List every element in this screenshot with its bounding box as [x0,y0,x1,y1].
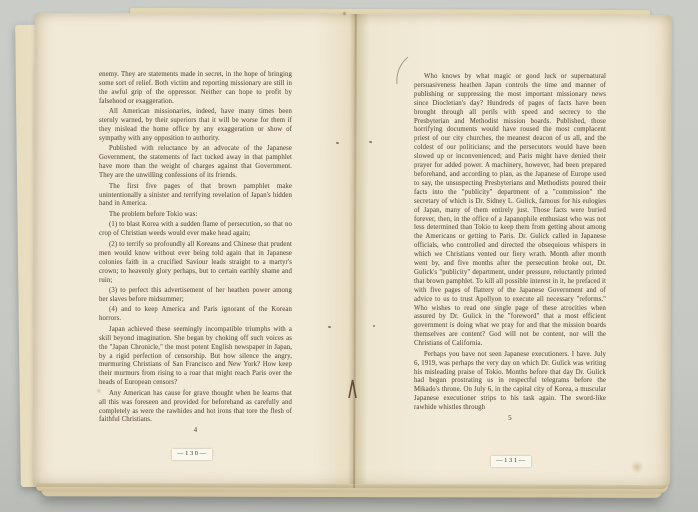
foxing-stain [342,11,347,16]
left-page-paragraphs: enemy. They are statements made in secre… [99,71,292,425]
paragraph: Any American has cause for grave thought… [99,390,292,426]
staple-mark [347,379,359,399]
left-page-text-block: enemy. They are statements made in secre… [99,71,292,436]
paragraph: (3) to perfect this advertisement of her… [99,287,292,305]
book-gutter-fold [353,14,357,488]
right-page-signature-number: 5 [414,415,606,424]
paragraph: (2) to terrify so profoundly all Koreans… [99,241,292,286]
paragraph: The first five pages of that brown pamph… [99,183,292,210]
right-page-paragraphs: Who knows by what magic or good luck or … [414,73,606,413]
paragraph: Who knows by what magic or good luck or … [414,73,606,349]
paragraph: Published with reluctance by an advocate… [99,145,292,181]
left-page-folio-label: —130— [172,449,212,460]
foxing-stain [630,461,644,473]
paragraph: The problem before Tokio was: [99,211,292,220]
left-page-signature-number: 4 [99,427,292,436]
paragraph: (1) to blast Korea with a sudden flame o… [99,221,292,239]
right-page-text-block: Who knows by what magic or good luck or … [414,73,606,424]
paragraph: All American missionaries, indeed, have … [99,108,292,144]
paragraph: Japan achieved these seemingly incompati… [99,326,292,388]
pencil-mark [391,54,417,88]
right-page-folio-label: —131— [491,456,531,467]
paragraph: enemy. They are statements made in secre… [99,71,292,107]
foxing-stain [96,388,102,394]
paragraph: (4) and to keep America and Paris ignora… [99,306,292,324]
photo-open-pamphlet: enemy. They are statements made in secre… [0,0,698,512]
paragraph: Perhaps you have not seen Japanese execu… [414,351,606,413]
